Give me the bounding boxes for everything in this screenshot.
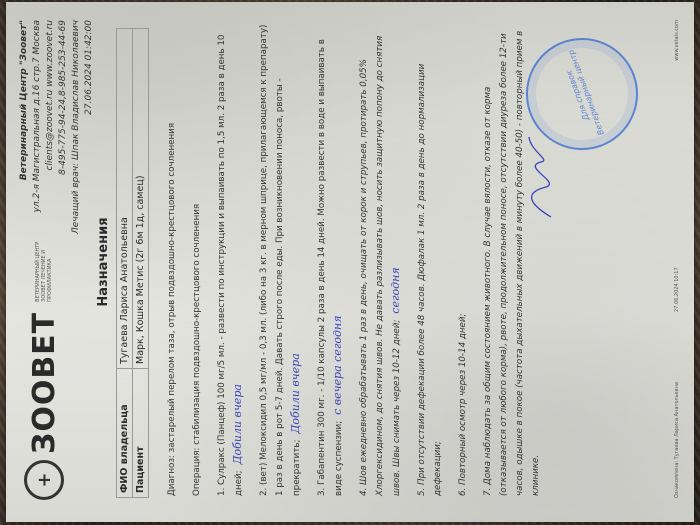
handwritten-note: Добили вчера: [231, 384, 244, 464]
list-item: 4. Шов ежедневно обрабатывать 1 раз в де…: [356, 20, 405, 496]
clinic-info: Ветеринарный Центр "Зоовет" ул.2-я Магис…: [18, 20, 96, 234]
document-header: + ЗООВЕТ ВЕТЕРИНАРНЫЙ ЦЕНТР ЗООВЕТ ЛЕЧЕН…: [16, 16, 88, 508]
item-text: 3. Габапентин 300 мг. - 1/10 капсулы 2 р…: [317, 39, 344, 496]
clinic-contacts: clients@zoovet.ru www.zoovet.ru: [44, 20, 57, 234]
clinic-phones: 8-495-775-94-24,8-985-253-44-69: [57, 20, 70, 234]
prescription-document: + ЗООВЕТ ВЕТЕРИНАРНЫЙ ЦЕНТР ЗООВЕТ ЛЕЧЕН…: [6, 2, 694, 522]
attending-doctor: Лечащий врач: Шпак Владислав Николаевич: [70, 20, 83, 234]
owner-value: Тугаева Лариса Анатольевна: [117, 29, 133, 369]
photo: + ЗООВЕТ ВЕТЕРИНАРНЫЙ ЦЕНТР ЗООВЕТ ЛЕЧЕН…: [0, 0, 700, 525]
list-item: 6. Повторный осмотр через 10-14 дней;: [455, 20, 471, 496]
patient-value: Марк, Кошка Метис (2г 6м 1д, самец): [133, 29, 149, 369]
clinic-address: ул.2-я Магистральная д.16 стр.7 Москва: [31, 20, 44, 234]
list-item: 2. (вет) Мелоксидил 0,5 мг/мл - 0,3 мл. …: [256, 20, 305, 496]
diagnosis: Диагноз: застарелый перелом таза, отрыв …: [164, 20, 180, 496]
operation: Операция: стабилизация подвздошно-крестц…: [189, 20, 205, 496]
handwritten-note: Добили вчера: [289, 353, 302, 433]
owner-row: ФИО владельца Тугаева Лариса Анатольевна: [117, 29, 133, 498]
document-title: Назначения: [96, 2, 111, 522]
list-item: 5. При отсутствии дефекации более 48 час…: [414, 20, 446, 496]
clinic-name: Ветеринарный Центр "Зоовет": [18, 20, 31, 234]
brand-name: ЗООВЕТ: [27, 312, 62, 454]
patient-row: Пациент Марк, Кошка Метис (2г 6м 1д, сам…: [133, 29, 149, 498]
footer-acknowledgement: Ознакомлена: Тугаева Лариса Анатольевна: [674, 382, 680, 498]
handwritten-note: сегодня: [389, 267, 402, 313]
prescription-body: Диагноз: застарелый перелом таза, отрыв …: [164, 20, 553, 496]
signature-icon: [521, 132, 561, 222]
owner-label: ФИО владельца: [117, 369, 133, 498]
document-datetime: 27.06.2024 01:42:00: [83, 20, 96, 234]
item-text: 6. Повторный осмотр через 10-14 дней;: [458, 314, 468, 496]
cross-emblem-icon: +: [24, 460, 64, 500]
item-text: 5. При отсутствии дефекации более 48 час…: [417, 64, 443, 496]
clinic-logo: + ЗООВЕТ ВЕТЕРИНАРНЫЙ ЦЕНТР ЗООВЕТ ЛЕЧЕН…: [24, 232, 64, 500]
patient-label: Пациент: [133, 369, 149, 498]
stamp-text: Для справок Ветеринарный центр: [555, 40, 609, 148]
printed-timestamp: 27.06.2024 10:17: [674, 267, 680, 312]
item-text: 4. Шов ежедневно обрабатывать 1 раз в де…: [359, 36, 402, 496]
list-item: 3. Габапентин 300 мг. - 1/10 капсулы 2 р…: [314, 20, 347, 496]
footer-website: www.vetais.com: [674, 20, 680, 61]
list-item: 1. Сулракс (Панцеф) 100 мг/5 мл. - разве…: [214, 20, 247, 496]
handwritten-note: с вечера сегодня: [331, 316, 344, 415]
patient-info-table: ФИО владельца Тугаева Лариса Анатольевна…: [116, 28, 149, 498]
brand-subtitle: ВЕТЕРИНАРНЫЙ ЦЕНТР ЗООВЕТ ЛЕЧЕНИЕ И ПРОФ…: [35, 232, 53, 302]
